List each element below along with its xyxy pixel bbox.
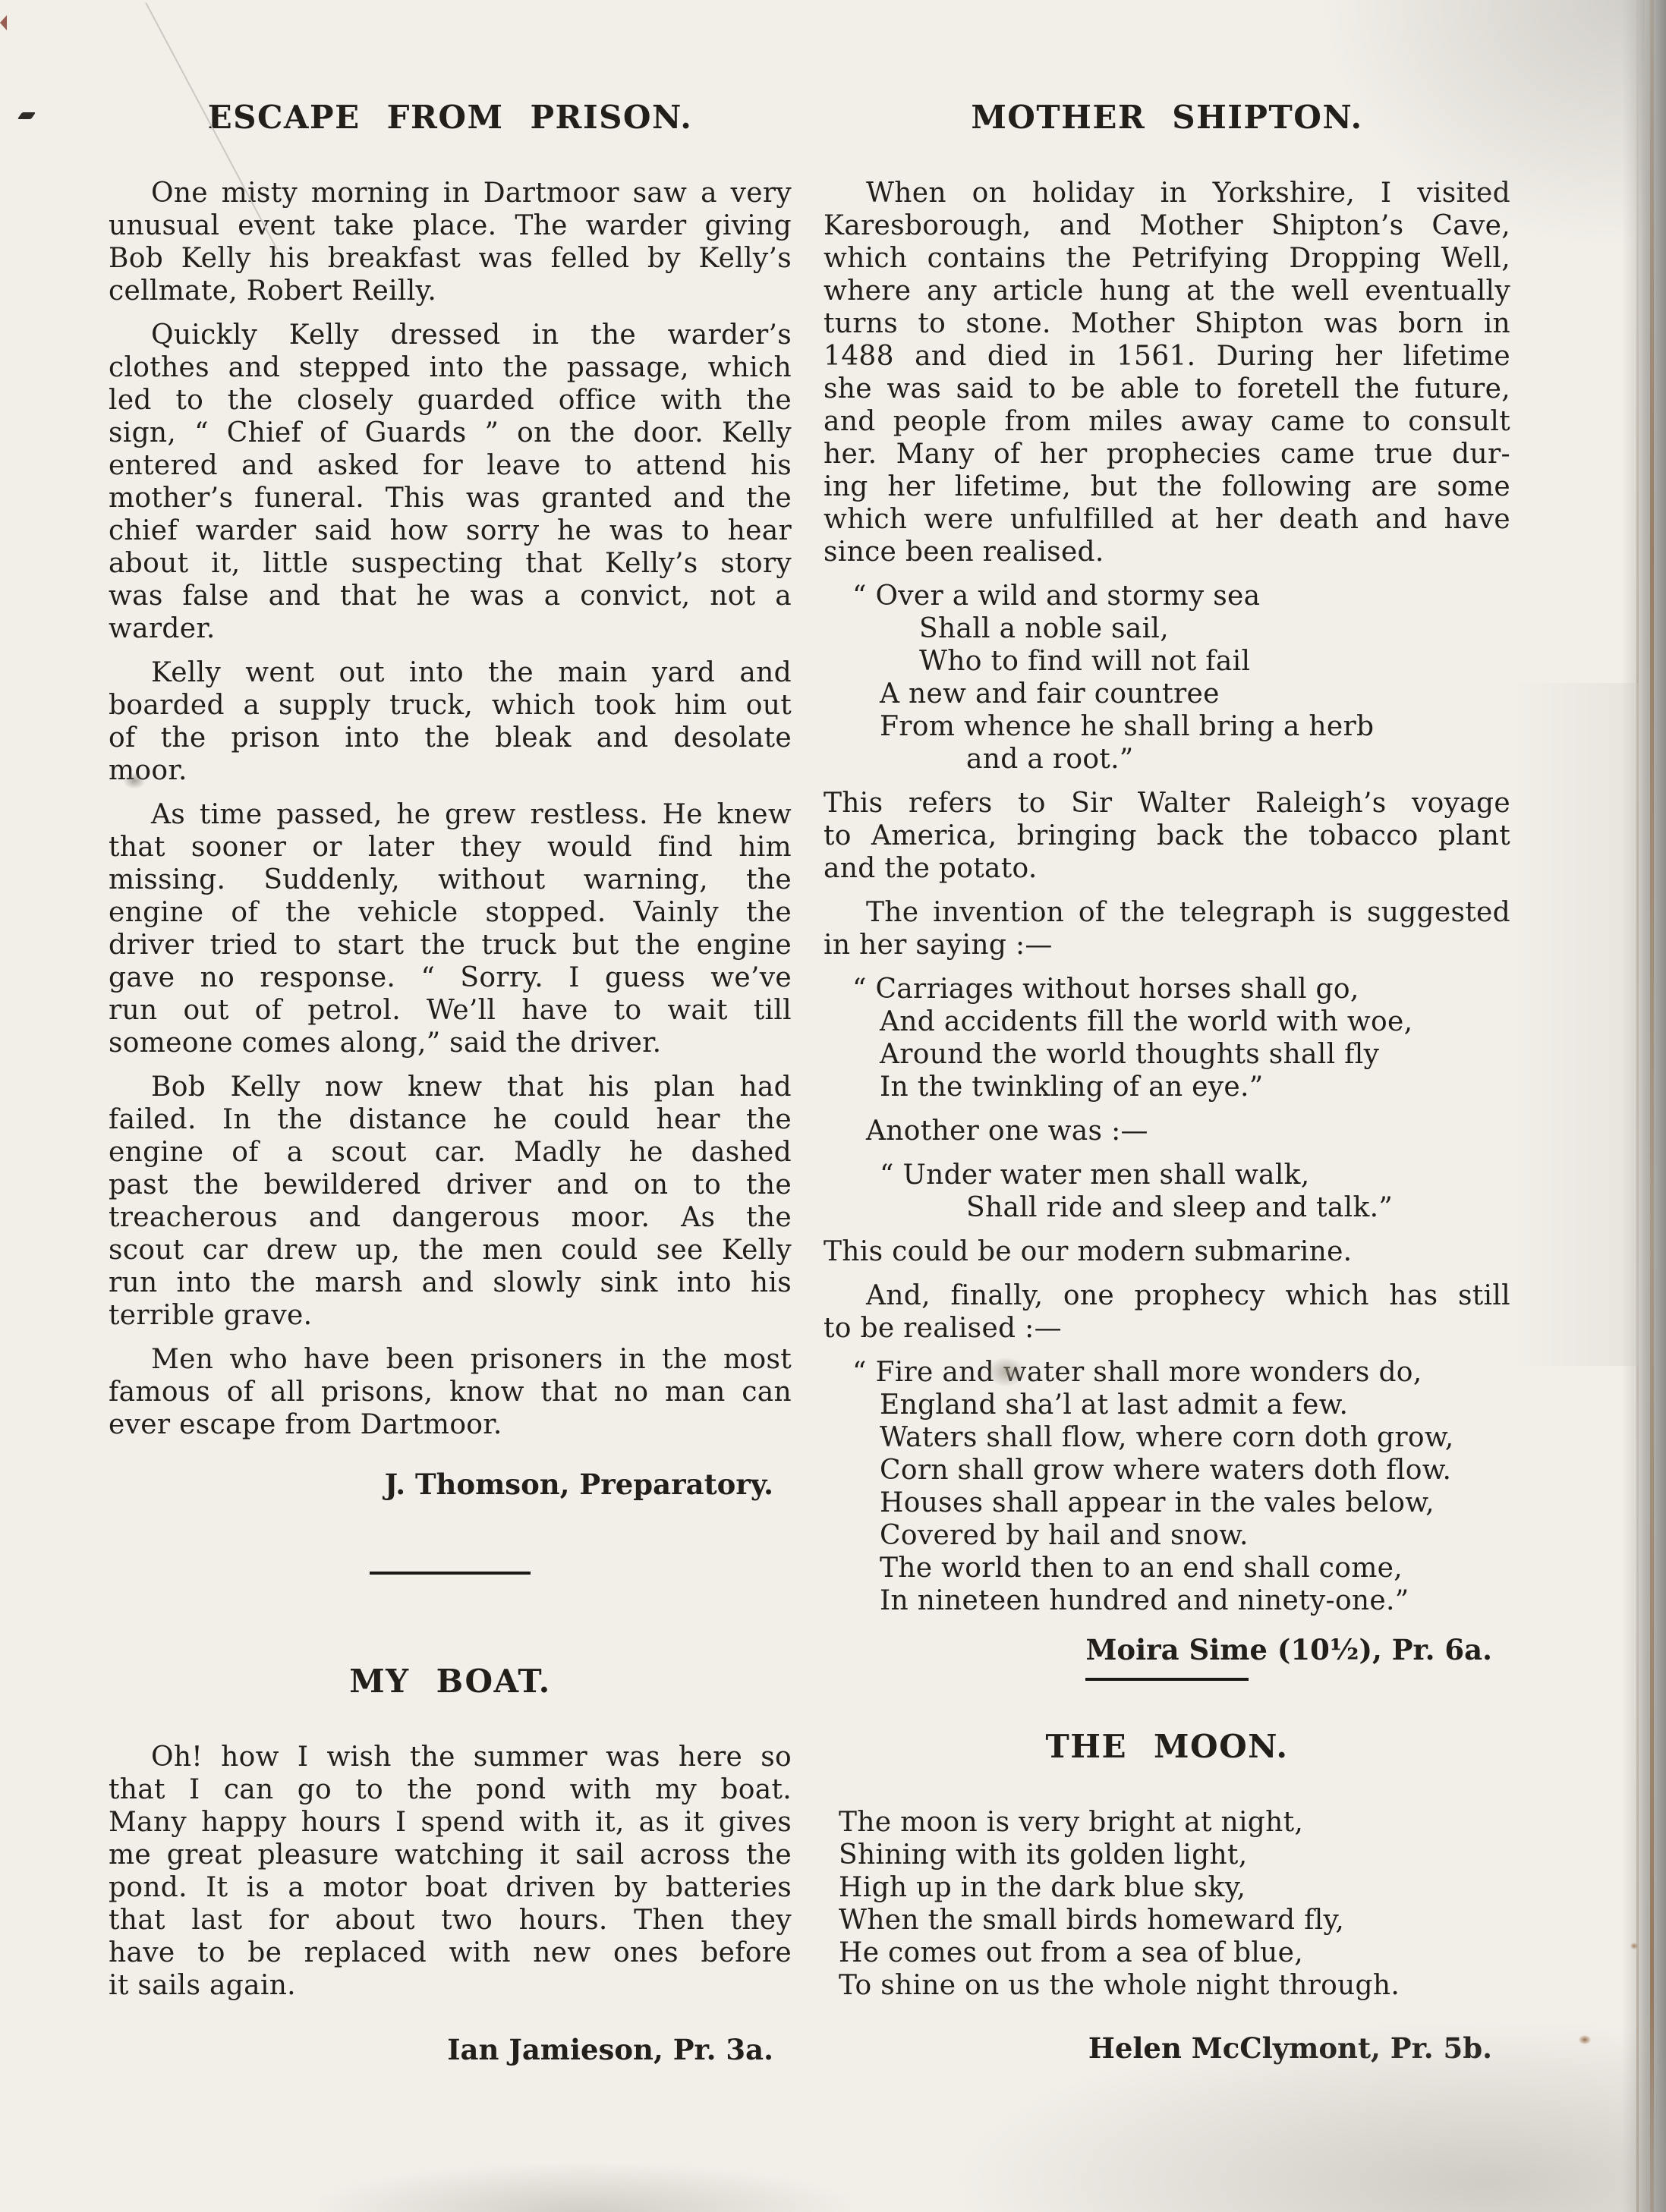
text-line: that last for about two hours. Then they [109,1904,792,1937]
rust-speck [1579,2035,1591,2044]
text-line: and people from miles away came to consu… [824,405,1510,438]
poem-block: “ Fire and water shall more wonders do,E… [824,1356,1510,1617]
article-body: The moon is very bright at night,Shining… [824,1806,1510,2002]
text-line: Corn shall grow where waters doth flow. [852,1454,1510,1487]
text-line: “ Carriages without horses shall go, [852,973,1510,1005]
text-line: entered and asked for leave to attend hi… [109,449,792,482]
article-title-my-boat: MY BOAT. [109,1664,792,1699]
text-line: Who to find will not fail [852,645,1510,678]
text-line: As time passed, he grew restless. He kne… [109,798,792,831]
paragraph-block: Oh! how I wish the summer was here sotha… [109,1741,792,2002]
text-line: engine of the vehicle stopped. Vainly th… [109,896,792,929]
text-line: missing. Suddenly, without warning, the [109,864,792,896]
text-line: Covered by hail and snow. [852,1519,1510,1552]
text-line: Bob Kelly his breakfast was felled by Ke… [109,242,792,275]
text-line: moor. [109,754,792,787]
article-the-moon: THE MOON. The moon is very bright at nig… [824,1729,1510,2066]
magazine-page: ESCAPE FROM PRISON. One misty morning in… [0,0,1666,2212]
text-line: terrible grave. [109,1299,792,1332]
text-line: it sails again. [109,1969,792,2002]
text-line: When the small birds homeward fly, [839,1904,1510,1937]
text-line: and a root.” [852,743,1510,776]
text-line: “ Over a wild and stormy sea [852,580,1510,612]
text-line: This refers to Sir Walter Raleigh’s voya… [824,787,1510,820]
paragraph-block: Bob Kelly now knew that his plan hadfail… [109,1071,792,1332]
article-escape-from-prison: ESCAPE FROM PRISON. One misty morning in… [109,100,792,1575]
text-line: which contains the Petrifying Dropping W… [824,242,1510,275]
text-line: The invention of the telegraph is sugges… [824,896,1510,929]
text-line: In the twinkling of an eye.” [852,1071,1510,1103]
text-line: Bob Kelly now knew that his plan had [109,1071,792,1103]
text-line: to America, bringing back the tobacco pl… [824,820,1510,852]
text-line: her. Many of her prophecies came true du… [824,438,1510,470]
text-line: Waters shall flow, where corn doth grow, [852,1421,1510,1454]
text-line: In nineteen hundred and ninety-one.” [852,1584,1510,1617]
poem-block: “ Carriages without horses shall go,And … [824,973,1510,1103]
poem-block: “ Over a wild and stormy seaShall a nobl… [824,580,1510,776]
article-title-the-moon: THE MOON. [824,1729,1510,1764]
paragraph-block: Another one was :— [824,1115,1510,1147]
text-line: And, finally, one prophecy which has sti… [824,1279,1510,1312]
text-line: someone comes along,” said the driver. [109,1027,792,1059]
text-line: which were unfulfilled at her death and … [824,503,1510,536]
article-title-mother-shipton: MOTHER SHIPTON. [824,100,1510,135]
text-line: run out of petrol. We’ll have to wait ti… [109,994,792,1027]
text-line: that I can go to the pond with my boat. [109,1773,792,1806]
paragraph-block: As time passed, he grew restless. He kne… [109,798,792,1059]
text-line: failed. In the distance he could hear th… [109,1103,792,1136]
text-line: He comes out from a sea of blue, [839,1937,1510,1969]
text-line: To shine on us the whole night through. [839,1969,1510,2002]
text-line: unusual event take place. The warder giv… [109,209,792,242]
text-line: famous of all prisons, know that no man … [109,1376,792,1408]
text-line: sign, “ Chief of Guards ” on the door. K… [109,417,792,449]
text-line: run into the marsh and slowly sink into … [109,1266,792,1299]
paper-smudge [319,2164,850,2212]
text-line: Men who have been prisoners in the most [109,1343,792,1376]
text-line: Around the world thoughts shall fly [852,1038,1510,1071]
ink-speck [17,112,36,119]
paragraph-block: When on holiday in Yorkshire, I visitedK… [824,177,1510,568]
text-line: led to the closely guarded office with t… [109,384,792,417]
text-line: clothes and stepped into the passage, wh… [109,351,792,384]
text-line: One misty morning in Dartmoor saw a very [109,177,792,209]
text-line: Shining with its golden light, [839,1839,1510,1871]
text-line: where any article hung at the well event… [824,275,1510,307]
divider-rule [370,1572,531,1575]
author-signature: Ian Jamieson, Pr. 3a. [109,2032,792,2067]
text-line: A new and fair countree [852,678,1510,710]
text-line: engine of a scout car. Madly he dashed [109,1136,792,1169]
article-title-escape-from-prison: ESCAPE FROM PRISON. [109,100,792,135]
text-line: mother’s funeral. This was granted and t… [109,482,792,514]
text-line: Kelly went out into the main yard and [109,656,792,689]
poem-block: The moon is very bright at night,Shining… [824,1806,1510,2002]
text-line: 1488 and died in 1561. During her lifeti… [824,340,1510,373]
text-line: scout car drew up, the men could see Kel… [109,1234,792,1266]
text-line: ever escape from Dartmoor. [109,1408,792,1441]
text-line: Oh! how I wish the summer was here so [109,1741,792,1773]
divider-rule [1085,1678,1249,1681]
text-line: chief warder said how sorry he was to he… [109,514,792,547]
text-line: was false and that he was a convict, not… [109,580,792,612]
paper-shading [1510,683,1639,1366]
right-column: MOTHER SHIPTON. When on holiday in Yorks… [824,91,1510,2066]
text-line: treacherous and dangerous moor. As the [109,1201,792,1234]
text-line: Shall a noble sail, [852,612,1510,645]
text-line: cellmate, Robert Reilly. [109,275,792,307]
text-line: From whence he shall bring a herb [852,710,1510,743]
text-line: Another one was :— [824,1115,1510,1147]
text-line: When on holiday in Yorkshire, I visited [824,177,1510,209]
text-line: have to be replaced with new ones before [109,1937,792,1969]
text-line: and the potato. [824,852,1510,885]
text-line: turns to stone. Mother Shipton was born … [824,307,1510,340]
text-line: Karesborough, and Mother Shipton’s Cave, [824,209,1510,242]
text-line: England sha’l at last admit a few. [852,1389,1510,1421]
author-signature: Moira Sime (10½), Pr. 6a. [824,1632,1510,1667]
text-line: Many happy hours I spend with it, as it … [109,1806,792,1839]
text-line: about it, little suspecting that Kelly’s… [109,547,792,580]
article-my-boat: MY BOAT. Oh! how I wish the summer was h… [109,1664,792,2067]
text-line: warder. [109,612,792,645]
paragraph-block: Men who have been prisoners in the mostf… [109,1343,792,1441]
text-line: Quickly Kelly dressed in the warder’s [109,319,792,351]
left-column: ESCAPE FROM PRISON. One misty morning in… [109,91,792,2067]
paragraph-block: Kelly went out into the main yard andboa… [109,656,792,787]
text-line: The moon is very bright at night, [839,1806,1510,1839]
text-line: Shall ride and sleep and talk.” [852,1191,1510,1224]
paragraph-block: And, finally, one prophecy which has sti… [824,1279,1510,1345]
text-line: me great pleasure watching it sail acros… [109,1839,792,1871]
text-line: pond. It is a motor boat driven by batte… [109,1871,792,1904]
text-line: since been realised. [824,536,1510,568]
paragraph-block: This refers to Sir Walter Raleigh’s voya… [824,787,1510,885]
article-body: When on holiday in Yorkshire, I visitedK… [824,177,1510,1617]
article-mother-shipton: MOTHER SHIPTON. When on holiday in Yorks… [824,100,1510,1681]
text-line: to be realised :— [824,1312,1510,1345]
paragraph-block: This could be our modern submarine. [824,1235,1510,1268]
text-line: of the prison into the bleak and desolat… [109,722,792,754]
paragraph-block: Quickly Kelly dressed in the warder’sclo… [109,319,792,645]
red-edge-mark [0,15,7,30]
author-signature: Helen McClymont, Pr. 5b. [824,2031,1510,2066]
article-body: Oh! how I wish the summer was here sotha… [109,1741,792,2002]
text-line: High up in the dark blue sky, [839,1871,1510,1904]
text-line: And accidents fill the world with woe, [852,1005,1510,1038]
scan-page-edge [1622,0,1666,2212]
rust-speck [1630,1943,1638,1949]
paragraph-block: One misty morning in Dartmoor saw a very… [109,177,792,307]
rust-streak [1636,0,1639,2212]
text-line: ing her lifetime, but the following are … [824,470,1510,503]
text-line: gave no response. “ Sorry. I guess we’ve [109,961,792,994]
text-line: This could be our modern submarine. [824,1235,1510,1268]
text-line: in her saying :— [824,929,1510,961]
text-line: she was said to be able to foretell the … [824,373,1510,405]
paragraph-block: The invention of the telegraph is sugges… [824,896,1510,961]
text-line: that sooner or later they would find him [109,831,792,864]
text-line: Houses shall appear in the vales below, [852,1487,1510,1519]
rust-streak [1650,0,1654,2212]
poem-block: “ Under water men shall walk,Shall ride … [824,1159,1510,1224]
text-line: “ Fire and water shall more wonders do, [852,1356,1510,1389]
text-line: “ Under water men shall walk, [852,1159,1510,1191]
text-line: driver tried to start the truck but the … [109,929,792,961]
text-line: boarded a supply truck, which took him o… [109,689,792,722]
article-body: One misty morning in Dartmoor saw a very… [109,177,792,1441]
text-line: past the bewildered driver and on to the [109,1169,792,1201]
text-line: The world then to an end shall come, [852,1552,1510,1584]
author-signature: J. Thomson, Preparatory. [109,1467,792,1502]
